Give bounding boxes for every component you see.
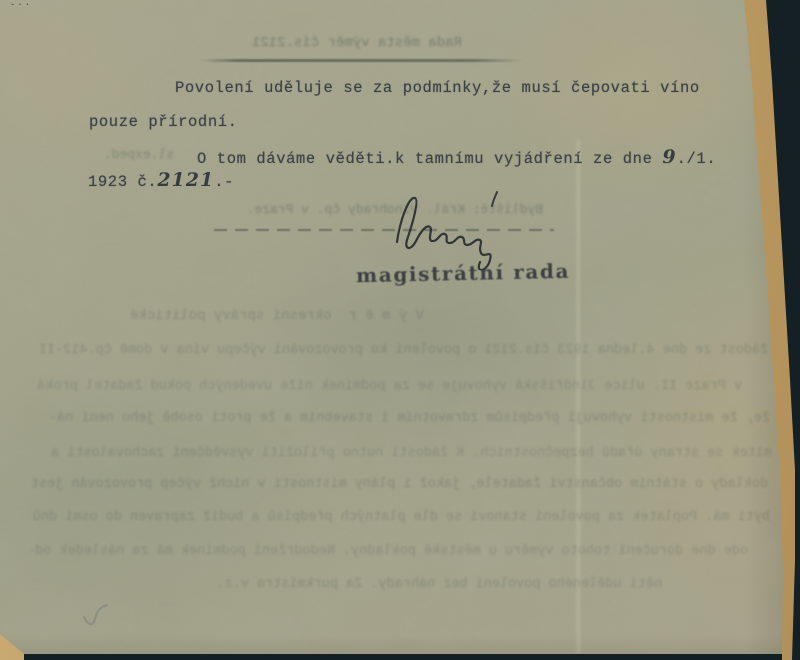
body-line-3-number: 9 — [662, 146, 676, 168]
heading-underline — [200, 59, 522, 62]
bleed-line: doklady o státním občanství žadatele, ja… — [14, 477, 768, 492]
document-page: -·· Rada města výměr čís.2121 Povolení u… — [0, 0, 800, 660]
bleed-heading: Rada města výměr čís.2121 — [222, 35, 462, 51]
scanner-background-bottom — [24, 654, 782, 660]
bleed-line: žádost ze dne 4.ledna 1923 čís.2121 o po… — [36, 343, 768, 358]
body-line-2: pouze přírodní. — [89, 113, 238, 131]
bleed-line: ode dne doručení tohoto výměru u městské… — [20, 544, 748, 559]
signature-handwriting — [383, 188, 515, 270]
body-line-3: O tom dáváme věděti.k tamnímu vyjádření … — [197, 146, 716, 168]
stamp-magistratni-rada: magistrátní rada — [356, 259, 571, 287]
body-line-4-number: 2121 — [157, 169, 214, 191]
bleed-line: že, že místnosti vyhovují předpisům zdra… — [30, 411, 770, 426]
bleed-line: nětí uděleného povolení bez náhrady. Za … — [150, 577, 662, 592]
corner-mark: -·· — [10, 0, 32, 10]
pencil-mark — [78, 597, 118, 631]
bleed-line: mitek se strany úřadů bezpečnostních. K … — [28, 446, 772, 461]
body-line-1: Povolení uděluje se za podmínky,že musí … — [175, 79, 700, 97]
paper-texture — [0, 0, 800, 660]
bleed-line: býti má. Poplatek za povolení stanoví se… — [8, 510, 770, 525]
body-line-3-end: ./1. — [677, 150, 717, 168]
bleed-section-heading: V ý m ě r okresní správy politické — [52, 308, 424, 324]
bleed-fragment: sl.exped. — [68, 147, 174, 162]
scanned-document: -·· Rada města výměr čís.2121 Povolení u… — [0, 0, 800, 660]
body-line-4-pre: 1923 č. — [88, 173, 157, 191]
body-line-4-end: .- — [214, 173, 234, 191]
bleed-line: v Praze II. ulice Jindřišská vyhovuje se… — [36, 379, 742, 394]
body-line-4: 1923 č.2121.- — [88, 169, 234, 191]
body-line-3-text: O tom dáváme věděti.k tamnímu vyjádření … — [197, 150, 662, 168]
